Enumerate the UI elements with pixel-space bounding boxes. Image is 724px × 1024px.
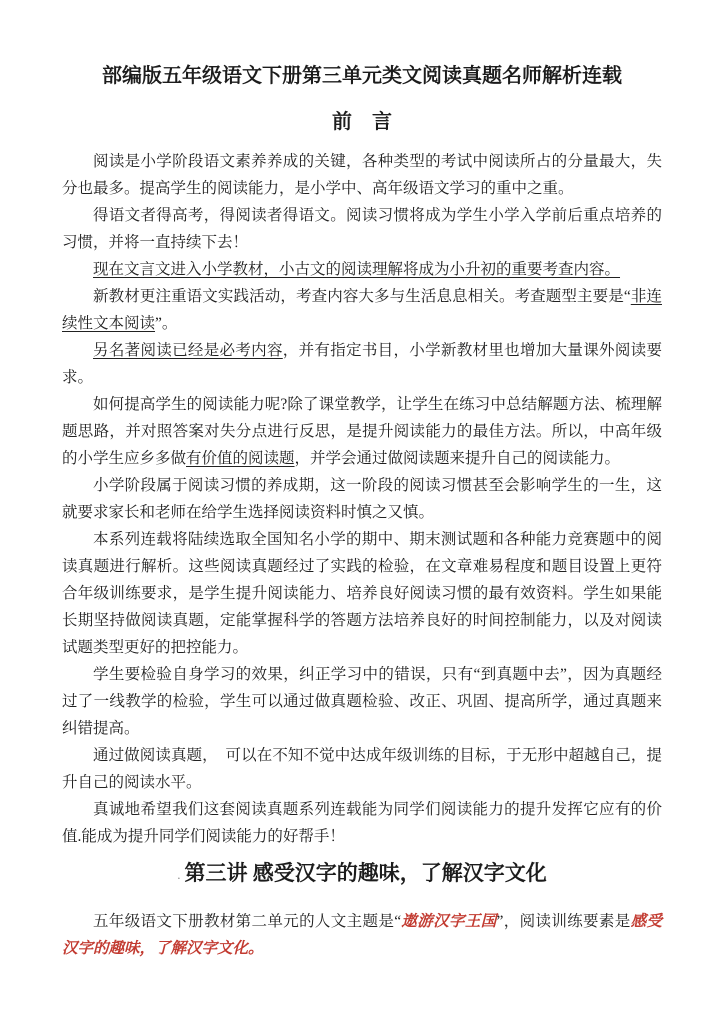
section-body: 五年级语文下册教材第二单元的人文主题是“遨游汉字王国”，阅读训练要素是感受汉字的… — [62, 908, 662, 962]
paragraph: 学生要检验自身学习的效果，纠正学习中的错误，只有“到真题中去”，因为真题经过了一… — [62, 661, 662, 742]
preface-heading: 前 言 — [62, 108, 662, 136]
paragraph: 真诚地希望我们这套阅读真题系列连载能为同学们阅读能力的提升发挥它应有的价值.能成… — [62, 796, 662, 850]
section-heading-text: 第三讲 感受汉字的趣味，了解汉字文化 — [185, 861, 547, 885]
paragraph: 新教材更注重语文实践活动，考查内容大多与生活息息相关。考查题型主要是“非连续性文… — [62, 283, 662, 337]
body-text: ”。 — [155, 315, 177, 332]
paragraph: 小学阶段属于阅读习惯的养成期，这一阶段的阅读习惯甚至会影响学生的一生，这就要求家… — [62, 472, 662, 526]
paragraph: 得语文者得高考，得阅读者得语文。阅读习惯将成为学生小学入学前后重点培养的习惯，并… — [62, 202, 662, 256]
body-text: ”，阅读训练要素是 — [497, 913, 631, 930]
document-page: 部编版五年级语文下册第三单元类文阅读真题名师解析连载 前 言 阅读是小学阶段语文… — [0, 0, 724, 1024]
section-heading: .第三讲 感受汉字的趣味，了解汉字文化 — [62, 858, 662, 890]
paragraph: 阅读是小学阶段语文素养养成的关键，各种类型的考试中阅读所占的分量最大，失分也最多… — [62, 148, 662, 202]
underlined-text: 另名著阅读已经是必考内容 — [93, 342, 283, 359]
body-text: 小学阶段属于阅读习惯的养成期，这一阶段的阅读习惯甚至会影响学生的一生，这就要求家… — [62, 477, 662, 521]
body-text: 学生要检验自身学习的效果，纠正学习中的错误，只有“到真题中去”，因为真题经过了一… — [62, 666, 662, 737]
paragraph: 另名著阅读已经是必考内容，并有指定书目，小学新教材里也增加大量课外阅读要求。 — [62, 337, 662, 391]
body-text: 真诚地希望我们这套阅读真题系列连载能为同学们阅读能力的提升发挥它应有的价值.能成… — [62, 801, 662, 845]
body-text: 五年级语文下册教材第二单元的人文主题是“ — [93, 913, 401, 930]
paragraph: 如何提高学生的阅读能力呢?除了课堂教学，让学生在练习中总结解题方法、梳理解题思路… — [62, 391, 662, 472]
body-text: ，并学会通过做阅读题来提升自己的阅读能力。 — [295, 450, 621, 467]
body-text: 新教材更注重语文实践活动，考查内容大多与生活息息相关。考查题型主要是“ — [93, 288, 631, 305]
body-text: 本系列连载将陆续选取全国知名小学的期中、期末测试题和各种能力竞赛题中的阅读真题进… — [62, 531, 662, 656]
body-text: 阅读是小学阶段语文素养养成的关键，各种类型的考试中阅读所占的分量最大，失分也最多… — [62, 153, 662, 197]
underlined-text: 现在文言文进入小学教材，小古文的阅读理解将成为小升初的重要考查内容。 — [93, 261, 620, 278]
doc-title: 部编版五年级语文下册第三单元类文阅读真题名师解析连载 — [62, 62, 662, 90]
document-content: 部编版五年级语文下册第三单元类文阅读真题名师解析连载 前 言 阅读是小学阶段语文… — [62, 0, 662, 962]
paragraph: 现在文言文进入小学教材，小古文的阅读理解将成为小升初的重要考查内容。 — [62, 256, 662, 283]
section-heading-dot: . — [177, 867, 180, 882]
red-emphasis-text: 遨游汉字王国 — [401, 913, 496, 930]
paragraph: 本系列连载将陆续选取全国知名小学的期中、期末测试题和各种能力竞赛题中的阅读真题进… — [62, 526, 662, 661]
body-text: 得语文者得高考，得阅读者得语文。阅读习惯将成为学生小学入学前后重点培养的习惯，并… — [62, 207, 662, 251]
underlined-text: 有价值的阅读题 — [186, 450, 295, 467]
preface-body: 阅读是小学阶段语文素养养成的关键，各种类型的考试中阅读所占的分量最大，失分也最多… — [62, 148, 662, 850]
paragraph: 通过做阅读真题， 可以在不知不觉中达成年级训练的目标，于无形中超越自己，提升自己… — [62, 742, 662, 796]
body-text: 通过做阅读真题， 可以在不知不觉中达成年级训练的目标，于无形中超越自己，提升自己… — [62, 747, 662, 791]
paragraph: 五年级语文下册教材第二单元的人文主题是“遨游汉字王国”，阅读训练要素是感受汉字的… — [62, 908, 662, 962]
